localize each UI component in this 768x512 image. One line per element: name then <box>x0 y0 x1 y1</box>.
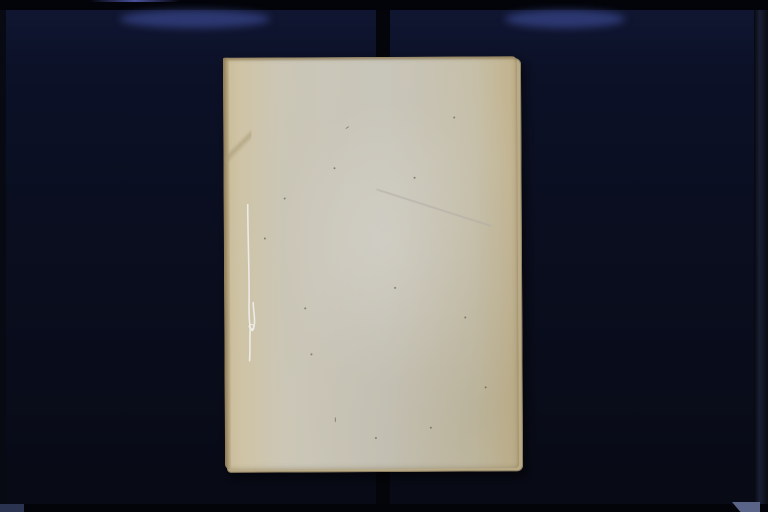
spine-edge <box>223 58 231 470</box>
top-light-reflection <box>90 0 180 2</box>
paper-speck <box>464 317 466 319</box>
light-reflection-right <box>505 10 625 28</box>
light-reflection-left <box>120 10 270 28</box>
paper-speck <box>284 197 286 199</box>
faint-fold-line <box>376 188 491 226</box>
paper-speck <box>375 437 377 439</box>
paper-speck <box>345 126 349 129</box>
paper-speck <box>264 238 266 240</box>
paper-speck <box>430 427 432 429</box>
bottom-border <box>0 504 768 512</box>
binding-string-icon <box>244 203 259 363</box>
booklet-cover <box>223 56 519 470</box>
paper-speck <box>485 386 487 388</box>
top-edge-wear <box>223 56 517 62</box>
paper-speck <box>453 117 455 119</box>
corner-marker-left <box>0 504 24 512</box>
paper-speck <box>310 353 312 355</box>
paper-speck <box>335 417 336 422</box>
photo-scene <box>0 0 768 512</box>
backdrop-right-edge <box>754 10 768 512</box>
paper-speck <box>414 177 416 179</box>
paper-speck <box>304 307 306 309</box>
corner-crease <box>225 130 251 164</box>
paper-speck <box>333 167 335 169</box>
paper-speck <box>394 287 396 289</box>
